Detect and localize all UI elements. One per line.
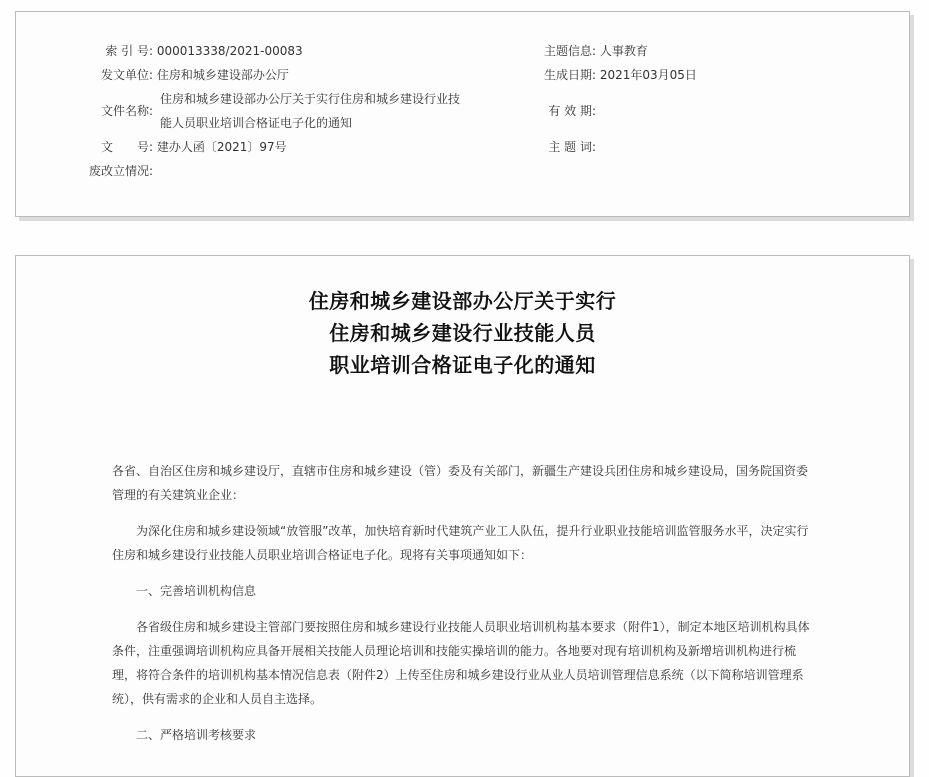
title-line: 职业培训合格证电子化的通知 — [16, 349, 909, 381]
section-heading-1: 一、完善培训机构信息 — [112, 579, 812, 603]
salutation-paragraph: 各省、自治区住房和城乡建设厅，直辖市住房和城乡建设（管）委及有关部门，新疆生产建… — [112, 459, 812, 507]
meta-value: 人事教育 — [600, 44, 648, 58]
document-title: 住房和城乡建设部办公厅关于实行 住房和城乡建设行业技能人员 职业培训合格证电子化… — [16, 285, 909, 381]
meta-label: 文件名称: — [74, 99, 153, 123]
section-1-paragraph: 各省级住房和城乡建设主管部门要按照住房和城乡建设行业技能人员职业培训机构基本要求… — [112, 615, 812, 711]
title-line: 住房和城乡建设部办公厅关于实行 — [16, 285, 909, 317]
document-metadata-panel: 索 引 号: 000013338/2021-00083 发文单位: 住房和城乡建… — [15, 11, 910, 217]
document-body: 各省、自治区住房和城乡建设厅，直辖市住房和城乡建设（管）委及有关部门，新疆生产建… — [112, 459, 812, 752]
meta-revision-status: 废改立情况: — [74, 159, 153, 183]
document-content-panel: 住房和城乡建设部办公厅关于实行 住房和城乡建设行业技能人员 职业培训合格证电子化… — [15, 255, 910, 752]
meta-file-name-label-row: 文件名称: — [74, 99, 153, 123]
meta-label: 生成日期: — [529, 63, 596, 87]
meta-label: 主题信息: — [529, 39, 596, 63]
meta-file-name-value-2: 能人员职业培训合格证电子化的通知 — [160, 111, 352, 135]
meta-index-number: 索 引 号: 000013338/2021-00083 — [74, 39, 303, 63]
meta-value: 000013338/2021-00083 — [157, 44, 303, 58]
meta-label: 文 号: — [74, 135, 153, 159]
meta-label: 废改立情况: — [74, 159, 153, 183]
intro-paragraph: 为深化住房和城乡建设领域“放管服”改革，加快培育新时代建筑产业工人队伍，提升行业… — [112, 519, 812, 567]
meta-issuing-unit: 发文单位: 住房和城乡建设部办公厅 — [74, 63, 289, 87]
meta-topic: 主题信息: 人事教育 — [529, 39, 648, 63]
meta-label: 索 引 号: — [74, 39, 153, 63]
section-heading-2: 二、严格培训考核要求 — [112, 723, 812, 747]
meta-label: 主 题 词: — [529, 135, 596, 159]
meta-file-name-value-1: 住房和城乡建设部办公厅关于实行住房和城乡建设行业技 — [160, 87, 460, 111]
meta-value: 建办人函〔2021〕97号 — [157, 140, 287, 154]
meta-created-date: 生成日期: 2021年03月05日 — [529, 63, 697, 87]
meta-validity: 有 效 期: — [529, 99, 596, 123]
meta-value: 住房和城乡建设部办公厅关于实行住房和城乡建设行业技 — [160, 92, 460, 106]
meta-value: 能人员职业培训合格证电子化的通知 — [160, 116, 352, 130]
meta-doc-number: 文 号: 建办人函〔2021〕97号 — [74, 135, 287, 159]
meta-keywords: 主 题 词: — [529, 135, 596, 159]
meta-label: 发文单位: — [74, 63, 153, 87]
meta-value: 2021年03月05日 — [600, 68, 697, 82]
title-line: 住房和城乡建设行业技能人员 — [16, 317, 909, 349]
meta-value: 住房和城乡建设部办公厅 — [157, 68, 289, 82]
meta-label: 有 效 期: — [529, 99, 596, 123]
